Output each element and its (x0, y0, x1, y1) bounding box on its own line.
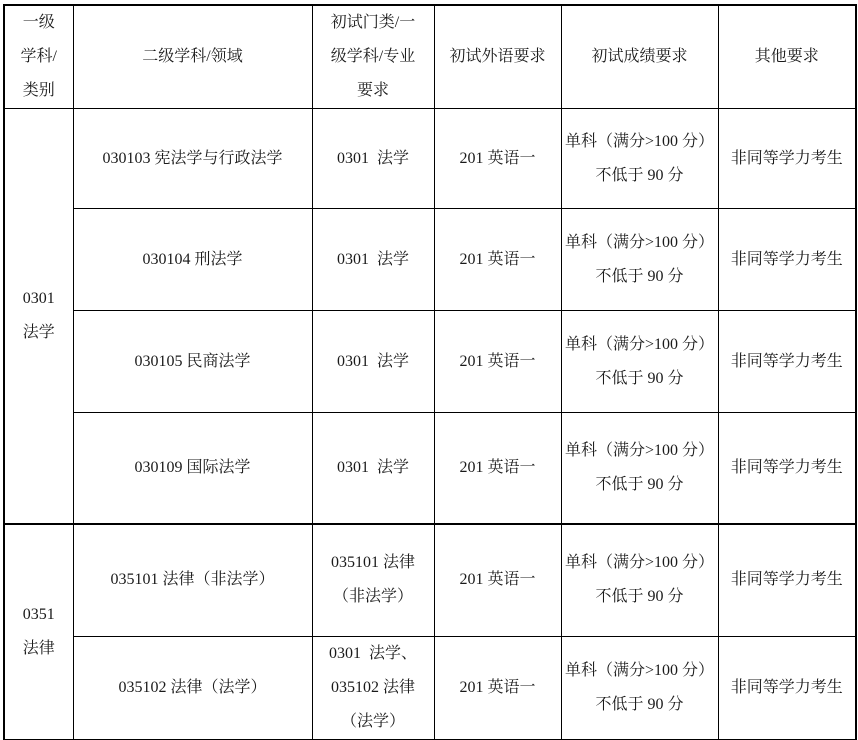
header-first-level-discipline: 一级 学科/ 类别 (4, 5, 73, 109)
table-row: 030104 刑法学 0301 法学 201 英语一 单科（满分>100 分） … (4, 209, 856, 311)
header-row: 一级 学科/ 类别 二级学科/领域 初试门类/一 级学科/专业 要求 初试外语要… (4, 5, 856, 109)
cell-other-requirement: 非同等学力考生 (718, 209, 856, 311)
cell-exam-category: 035101 法律 （非法学） (312, 524, 434, 637)
cell-major: 030104 刑法学 (73, 209, 312, 311)
admission-requirements-table: 一级 学科/ 类别 二级学科/领域 初试门类/一 级学科/专业 要求 初试外语要… (3, 4, 857, 740)
cell-score-requirement: 单科（满分>100 分） 不低于 90 分 (561, 109, 718, 209)
cell-major: 030105 民商法学 (73, 311, 312, 413)
cell-score-requirement: 单科（满分>100 分） 不低于 90 分 (561, 311, 718, 413)
cell-foreign-language: 201 英语一 (434, 209, 561, 311)
cell-other-requirement: 非同等学力考生 (718, 109, 856, 209)
cell-major: 030109 国际法学 (73, 413, 312, 524)
cell-score-requirement: 单科（满分>100 分） 不低于 90 分 (561, 637, 718, 740)
cell-category-0351: 0351 法律 (4, 524, 73, 740)
cell-major: 030103 宪法学与行政法学 (73, 109, 312, 209)
cell-other-requirement: 非同等学力考生 (718, 637, 856, 740)
table-row: 0301 法学 030103 宪法学与行政法学 0301 法学 201 英语一 … (4, 109, 856, 209)
cell-score-requirement: 单科（满分>100 分） 不低于 90 分 (561, 524, 718, 637)
cell-other-requirement: 非同等学力考生 (718, 311, 856, 413)
cell-foreign-language: 201 英语一 (434, 413, 561, 524)
header-other-requirement: 其他要求 (718, 5, 856, 109)
cell-foreign-language: 201 英语一 (434, 524, 561, 637)
cell-foreign-language: 201 英语一 (434, 311, 561, 413)
cell-foreign-language: 201 英语一 (434, 109, 561, 209)
header-foreign-language-requirement: 初试外语要求 (434, 5, 561, 109)
cell-major: 035102 法律（法学） (73, 637, 312, 740)
table-row: 030109 国际法学 0301 法学 201 英语一 单科（满分>100 分）… (4, 413, 856, 524)
cell-foreign-language: 201 英语一 (434, 637, 561, 740)
table-row: 035102 法律（法学） 0301 法学、 035102 法律 （法学） 20… (4, 637, 856, 740)
cell-exam-category: 0301 法学 (312, 209, 434, 311)
header-score-requirement: 初试成绩要求 (561, 5, 718, 109)
table-row: 0351 法律 035101 法律（非法学） 035101 法律 （非法学） 2… (4, 524, 856, 637)
header-exam-category-requirement: 初试门类/一 级学科/专业 要求 (312, 5, 434, 109)
cell-exam-category: 0301 法学 (312, 311, 434, 413)
cell-category-0301: 0301 法学 (4, 109, 73, 524)
table-row: 030105 民商法学 0301 法学 201 英语一 单科（满分>100 分）… (4, 311, 856, 413)
cell-other-requirement: 非同等学力考生 (718, 413, 856, 524)
cell-exam-category: 0301 法学 (312, 413, 434, 524)
header-second-level-discipline: 二级学科/领域 (73, 5, 312, 109)
cell-score-requirement: 单科（满分>100 分） 不低于 90 分 (561, 209, 718, 311)
cell-exam-category: 0301 法学、 035102 法律 （法学） (312, 637, 434, 740)
cell-score-requirement: 单科（满分>100 分） 不低于 90 分 (561, 413, 718, 524)
cell-major: 035101 法律（非法学） (73, 524, 312, 637)
cell-exam-category: 0301 法学 (312, 109, 434, 209)
cell-other-requirement: 非同等学力考生 (718, 524, 856, 637)
